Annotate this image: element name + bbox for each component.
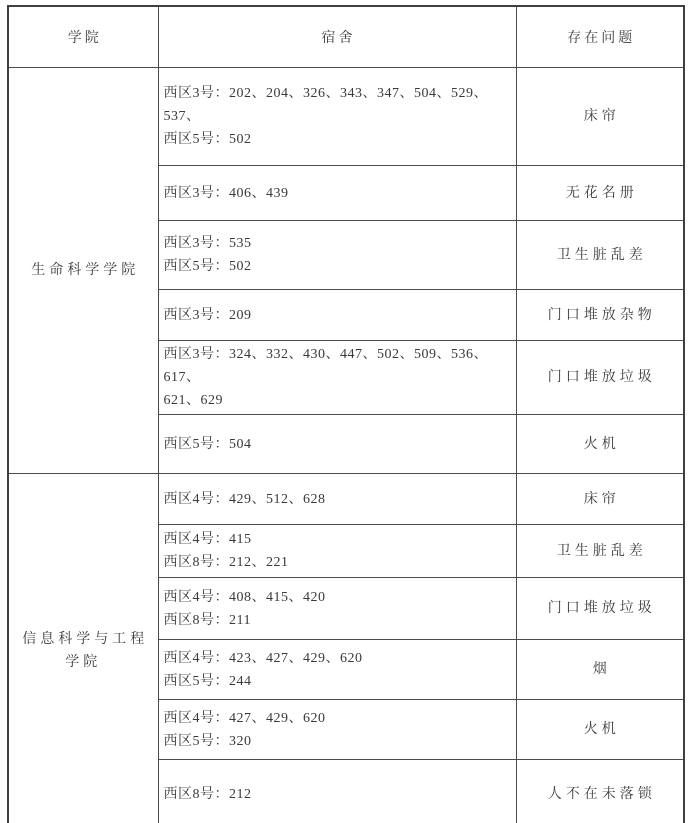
header-issue: 存在问题 bbox=[516, 6, 684, 68]
dorm-cell: 西区5号：504 bbox=[158, 415, 516, 474]
dorm-cell: 西区3号：202、204、326、343、347、504、529、537、 西区… bbox=[158, 68, 516, 166]
issue-cell: 火机 bbox=[516, 415, 684, 474]
dorm-cell: 西区4号：423、427、429、620 西区5号：244 bbox=[158, 640, 516, 700]
college-cell: 生命科学学院 bbox=[8, 68, 158, 474]
document-page: 学院 宿舍 存在问题 生命科学学院西区3号：202、204、326、343、34… bbox=[0, 0, 690, 823]
issue-cell: 卫生脏乱差 bbox=[516, 221, 684, 290]
dorm-cell: 西区4号：415 西区8号：212、221 bbox=[158, 525, 516, 578]
issue-cell: 烟 bbox=[516, 640, 684, 700]
issue-cell: 门口堆放垃圾 bbox=[516, 341, 684, 415]
dorm-cell: 西区3号：209 bbox=[158, 290, 516, 341]
issue-cell: 床帘 bbox=[516, 474, 684, 525]
issue-cell: 火机 bbox=[516, 700, 684, 760]
college-cell: 信息科学与工程学院 bbox=[8, 474, 158, 823]
table-row: 信息科学与工程学院西区4号：429、512、628床帘 bbox=[8, 474, 684, 525]
issue-cell: 无花名册 bbox=[516, 166, 684, 221]
dorm-inspection-table: 学院 宿舍 存在问题 生命科学学院西区3号：202、204、326、343、34… bbox=[7, 5, 685, 823]
dorm-cell: 西区4号：427、429、620 西区5号：320 bbox=[158, 700, 516, 760]
dorm-cell: 西区8号：212 bbox=[158, 760, 516, 823]
header-row: 学院 宿舍 存在问题 bbox=[8, 6, 684, 68]
dorm-cell: 西区4号：429、512、628 bbox=[158, 474, 516, 525]
issue-cell: 门口堆放杂物 bbox=[516, 290, 684, 341]
table-row: 生命科学学院西区3号：202、204、326、343、347、504、529、5… bbox=[8, 68, 684, 166]
issue-cell: 床帘 bbox=[516, 68, 684, 166]
dorm-cell: 西区3号：406、439 bbox=[158, 166, 516, 221]
dorm-cell: 西区4号：408、415、420 西区8号：211 bbox=[158, 578, 516, 640]
dorm-cell: 西区3号：324、332、430、447、502、509、536、617、 62… bbox=[158, 341, 516, 415]
header-dorm: 宿舍 bbox=[158, 6, 516, 68]
header-college: 学院 bbox=[8, 6, 158, 68]
dorm-cell: 西区3号：535 西区5号：502 bbox=[158, 221, 516, 290]
issue-cell: 人不在未落锁 bbox=[516, 760, 684, 823]
issue-cell: 卫生脏乱差 bbox=[516, 525, 684, 578]
issue-cell: 门口堆放垃圾 bbox=[516, 578, 684, 640]
